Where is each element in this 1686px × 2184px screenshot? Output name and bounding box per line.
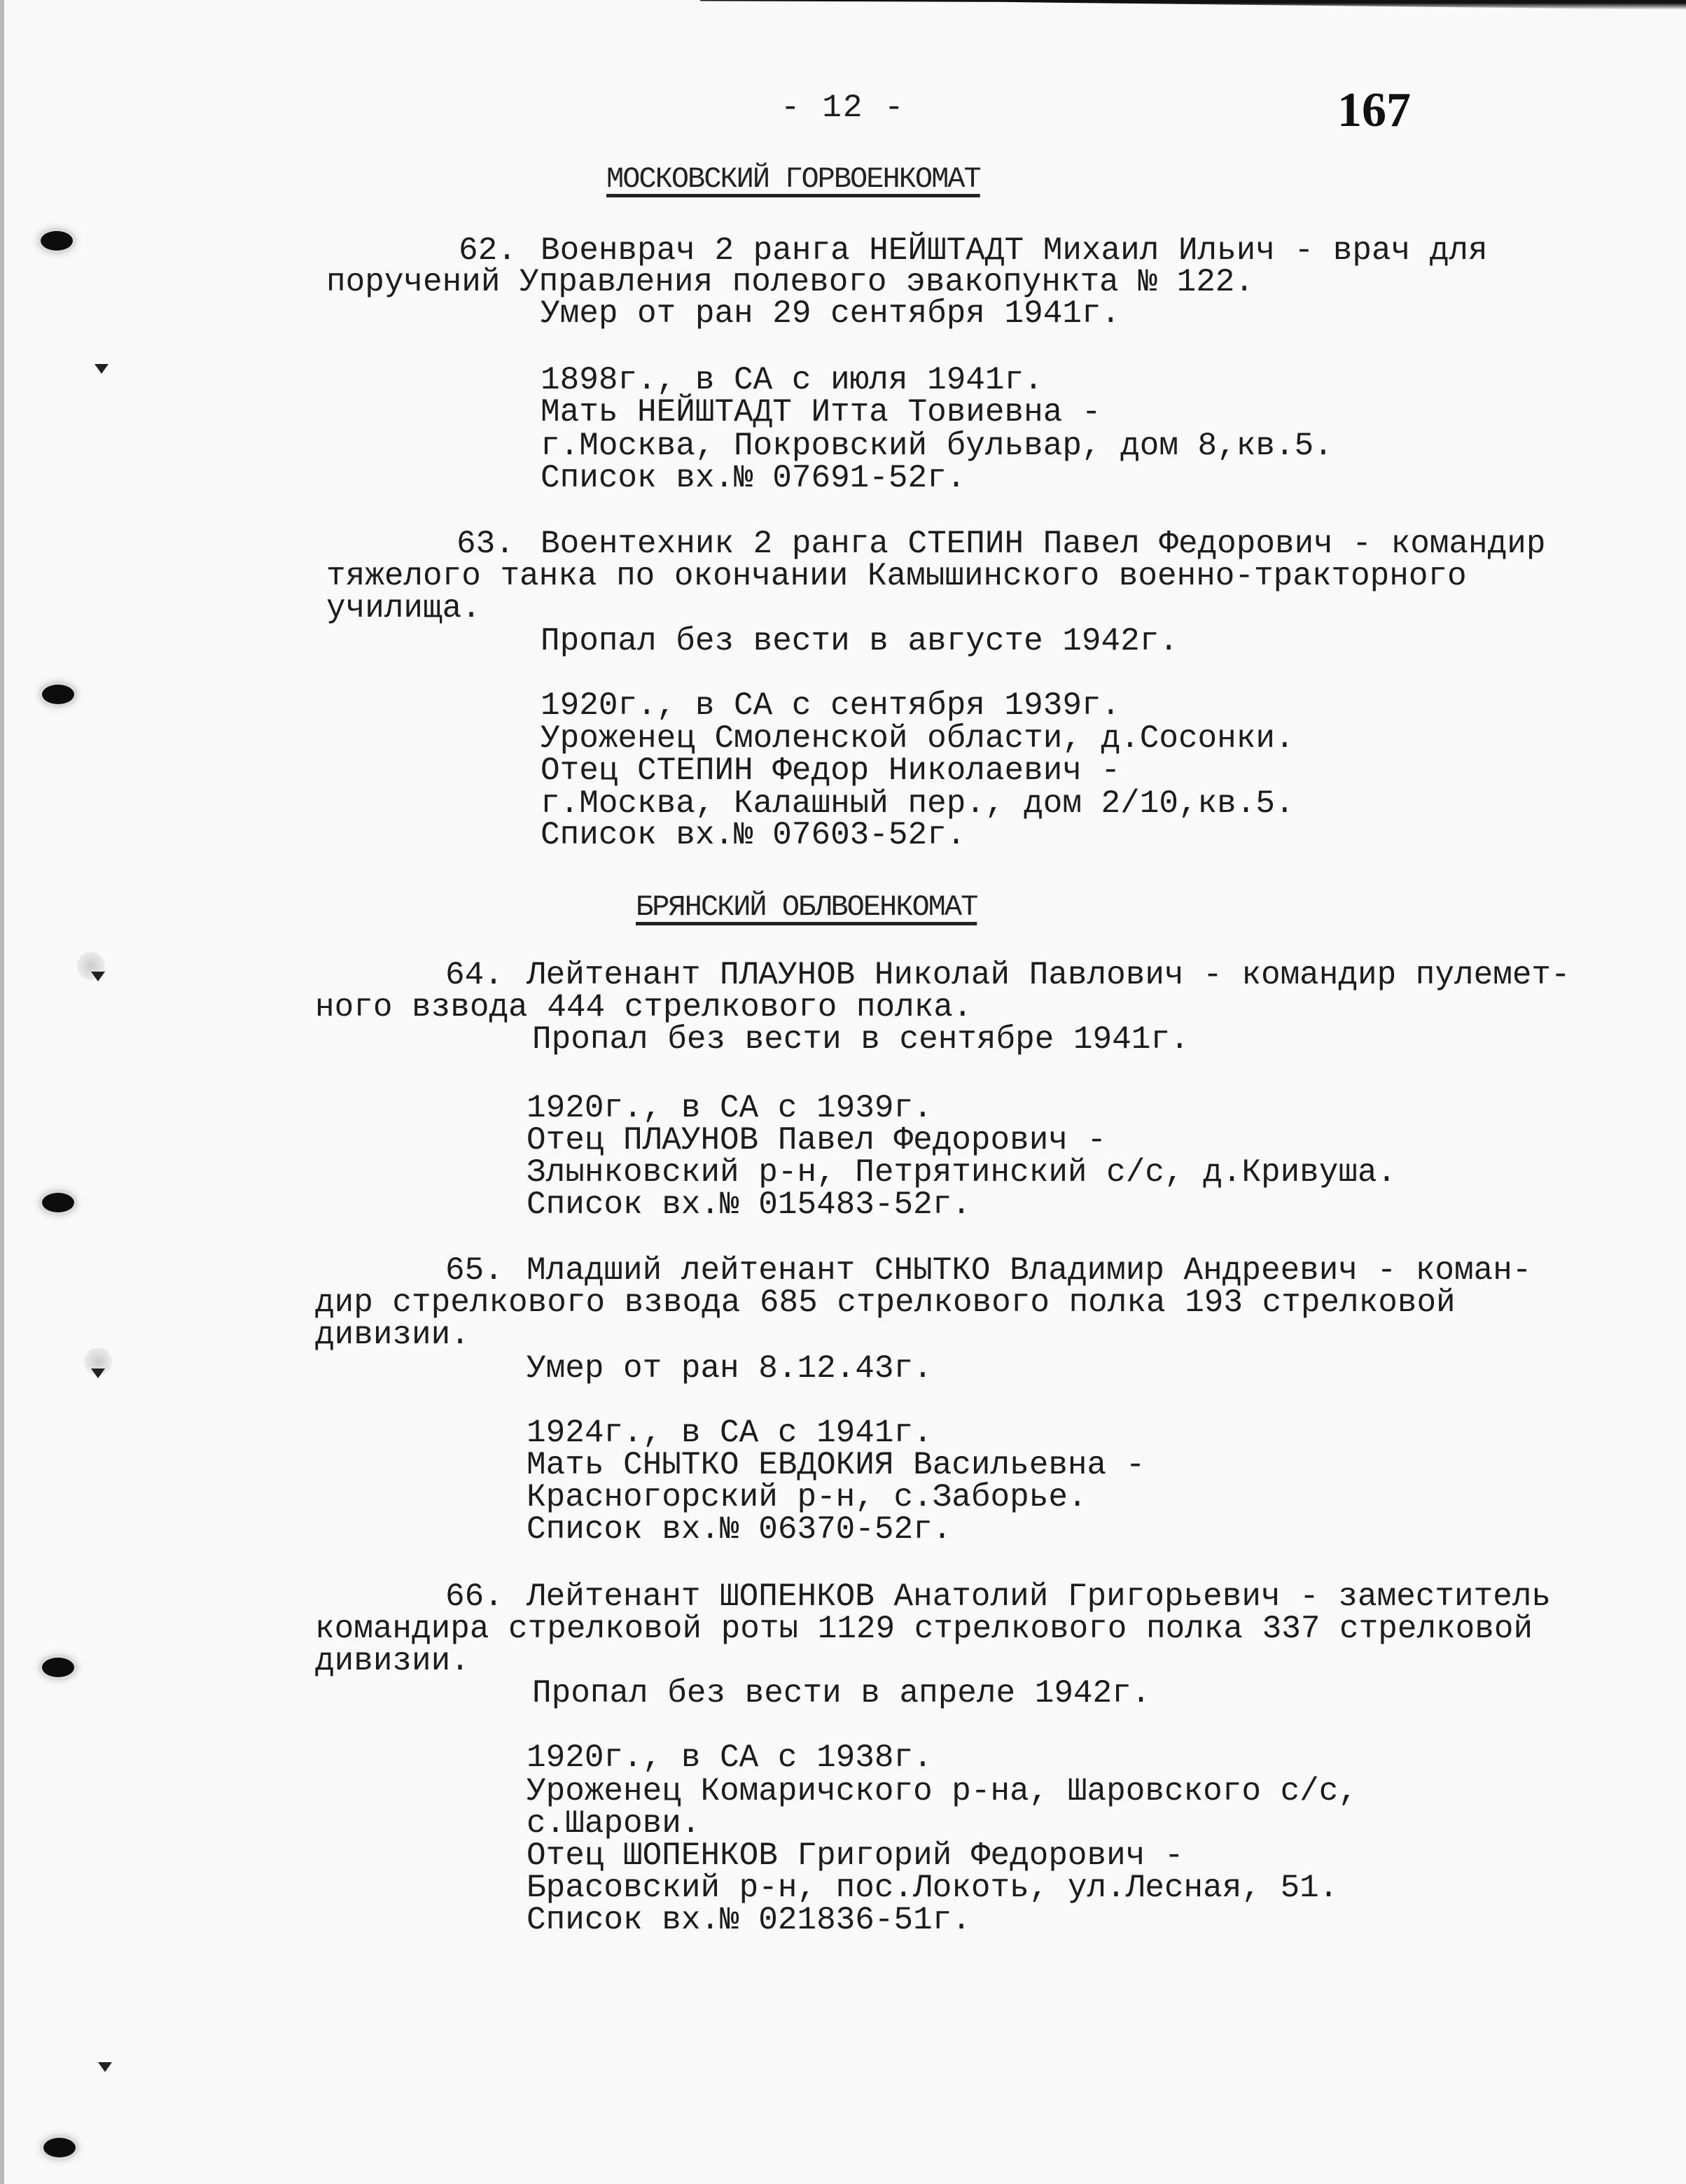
archive-sheet-number: 167 <box>1337 83 1411 139</box>
scan-top-shadow <box>700 0 1686 10</box>
entry-line: Отец СТЕПИН Федор Николаевич - <box>541 755 1120 787</box>
entry-line: командира стрелковой роты 1129 стрелково… <box>315 1613 1533 1645</box>
binder-hole <box>42 1193 74 1212</box>
entry-line: Военврач 2 ранга НЕЙШТАДТ Михаил Ильич -… <box>541 234 1488 267</box>
binder-hole <box>43 2138 76 2157</box>
entry-line: училища. <box>326 592 481 624</box>
section-heading-moscow: МОСКОВСКИЙ ГОРВОЕНКОМАТ <box>606 162 980 196</box>
entry-line: Пропал без вести в апреле 1942г. <box>532 1677 1150 1709</box>
entry-number: 64. <box>445 959 503 991</box>
binder-hole <box>41 231 73 251</box>
paper-tear-mark <box>95 364 109 374</box>
entry-line: Пропал без вести в августе 1942г. <box>541 625 1178 657</box>
entry-line: ного взвода 444 стрелкового полка. <box>315 991 973 1023</box>
page-left-edge <box>0 0 4 2184</box>
binder-hole <box>42 685 74 704</box>
entry-line: Список вх.№ 07691-52г. <box>541 462 966 494</box>
entry-line: Красногорский р-н, с.Заборье. <box>527 1481 1087 1513</box>
entry-line: Злынковский р-н, Петрятинский с/с, д.Кри… <box>527 1156 1396 1189</box>
entry-line: Мать НЕЙШТАДТ Итта Товиевна - <box>541 396 1101 428</box>
entry-line: дивизии. <box>315 1645 470 1677</box>
entry-line: Отец ШОПЕНКОВ Григорий Федорович - <box>527 1840 1184 1872</box>
entry-line: поручений Управления полевого эвакопункт… <box>326 266 1254 298</box>
entry-line: Список вх.№ 021836-51г. <box>527 1904 971 1936</box>
entry-line: Лейтенант ШОПЕНКОВ Анатолий Григорьевич … <box>527 1581 1551 1613</box>
entry-line: Список вх.№ 015483-52г. <box>527 1189 971 1221</box>
entry-line: г.Москва, Покровский бульвар, дом 8,кв.5… <box>541 430 1333 462</box>
entry-line: Мать СНЫТКО ЕВДОКИЯ Васильевна - <box>527 1449 1145 1481</box>
entry-line: Уроженец Комаричского р-на, Шаровского с… <box>527 1775 1358 1807</box>
binder-hole <box>42 1658 74 1677</box>
entry-line: Младший лейтенант СНЫТКО Владимир Андрее… <box>527 1254 1531 1287</box>
entry-line: Умер от ран 29 сентября 1941г. <box>541 297 1120 330</box>
entry-line: 1920г., в СА с сентября 1939г. <box>541 689 1120 722</box>
entry-line: Список вх.№ 07603-52г. <box>541 819 966 851</box>
entry-line: с.Шарови. <box>527 1807 700 1840</box>
entry-line: Умер от ран 8.12.43г. <box>527 1352 933 1385</box>
entry-line: Пропал без вести в сентябре 1941г. <box>532 1023 1190 1056</box>
entry-line: 1898г., в СА с июля 1941г. <box>541 364 1043 396</box>
entry-line: 1924г., в СА с 1941г. <box>527 1417 933 1449</box>
entry-line: Лейтенант ПЛАУНОВ Николай Павлович - ком… <box>527 959 1570 991</box>
entry-number: 65. <box>445 1254 503 1287</box>
entry-line: дир стрелкового взвода 685 стрелкового п… <box>315 1287 1456 1319</box>
entry-line: Список вх.№ 06370-52г. <box>527 1513 952 1546</box>
entry-number: 62. <box>459 234 517 267</box>
entry-line: Брасовский р-н, пос.Локоть, ул.Лесная, 5… <box>527 1872 1338 1904</box>
paper-tear-mark <box>98 2062 112 2072</box>
paper-tear-mark <box>91 1368 105 1378</box>
paper-tear-mark <box>91 972 105 981</box>
entry-number: 63. <box>457 528 515 560</box>
entry-line: 1920г., в СА с 1938г. <box>527 1742 933 1774</box>
entry-line: 1920г., в СА с 1939г. <box>527 1092 933 1124</box>
scanned-document-page: - 12 - 167 МОСКОВСКИЙ ГОРВОЕНКОМАТ 62. В… <box>0 0 1686 2184</box>
section-heading-bryansk: БРЯНСКИЙ ОБЛВОЕНКОМАТ <box>636 890 977 924</box>
entry-line: Воентехник 2 ранга СТЕПИН Павел Федорови… <box>541 528 1545 560</box>
entry-line: Уроженец Смоленской области, д.Сосонки. <box>541 722 1295 755</box>
entry-line: Отец ПЛАУНОВ Павел Федорович - <box>527 1124 1106 1156</box>
entry-line: дивизии. <box>315 1319 470 1351</box>
page-number: - 12 - <box>781 90 905 126</box>
entry-line: г.Москва, Калашный пер., дом 2/10,кв.5. <box>541 787 1295 820</box>
entry-line: тяжелого танка по окончании Камышинского… <box>326 560 1467 592</box>
entry-number: 66. <box>445 1581 503 1613</box>
